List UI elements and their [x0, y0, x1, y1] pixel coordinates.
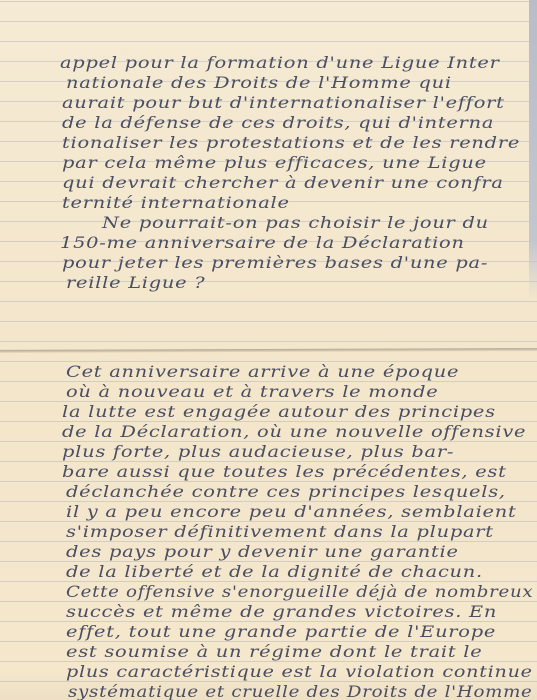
handwritten-line: succès et même de grandes victoires. En [66, 602, 497, 622]
handwritten-line: Ne pourrait-on pas choisir le jour du [102, 213, 489, 233]
handwritten-line: qui devrait chercher à devenir une confr… [62, 173, 504, 193]
handwritten-line: effet, tout une grande partie de l'Europ… [66, 622, 496, 642]
handwritten-line: s'imposer définitivement dans la plupart [66, 522, 494, 542]
handwritten-line: de la Déclaration, où une nouvelle offen… [62, 422, 526, 442]
handwritten-line: il y a peu encore peu d'années, semblaie… [66, 502, 517, 522]
handwritten-line: où à nouveau et à travers le monde [66, 382, 438, 402]
handwritten-line: appel pour la formation d'une Ligue Inte… [60, 53, 500, 73]
handwritten-line: par cela même plus efficaces, une Ligue [62, 153, 487, 173]
handwritten-line: de la liberté et de la dignité de chacun… [66, 562, 483, 582]
handwritten-line: de la défense de ces droits, qui d'inter… [62, 113, 494, 133]
handwritten-line: Cet anniversaire arrive à une époque [66, 362, 459, 382]
handwritten-line: aurait pour but d'internationaliser l'ef… [62, 93, 505, 113]
handwritten-line: déclanchée contre ces principes lesquels… [66, 482, 506, 502]
handwritten-line: plus forte, plus audacieuse, plus bar- [62, 442, 454, 462]
handwritten-line: la lutte est engagée autour des principe… [62, 402, 496, 422]
handwritten-line: ternité internationale [62, 193, 290, 213]
handwritten-line: est soumise à un régime dont le trait le [66, 642, 482, 662]
handwritten-line: bare aussi que toutes les précédentes, e… [62, 462, 507, 482]
paper-fold-line [0, 348, 537, 353]
handwritten-line: pour jeter les premières bases d'une pa- [62, 253, 488, 273]
handwritten-line: nationale des Droits de l'Homme qui [66, 73, 452, 93]
handwritten-line: des pays pour y devenir une garantie [66, 542, 459, 562]
handwritten-line: reille Ligue ? [66, 273, 205, 293]
handwritten-line: systématique et cruelle des Droits de l'… [68, 682, 533, 700]
handwritten-line: plus caractéristique est la violation co… [66, 662, 533, 682]
handwritten-line: tionaliser les protestations et de les r… [62, 133, 520, 153]
handwritten-line: 150-me anniversaire de la Déclaration [60, 233, 465, 253]
handwritten-line: Cette offensive s'enorgueille déjà de no… [66, 582, 533, 602]
paper-page: appel pour la formation d'une Ligue Inte… [0, 0, 537, 700]
scan-edge-shadow [529, 0, 537, 300]
